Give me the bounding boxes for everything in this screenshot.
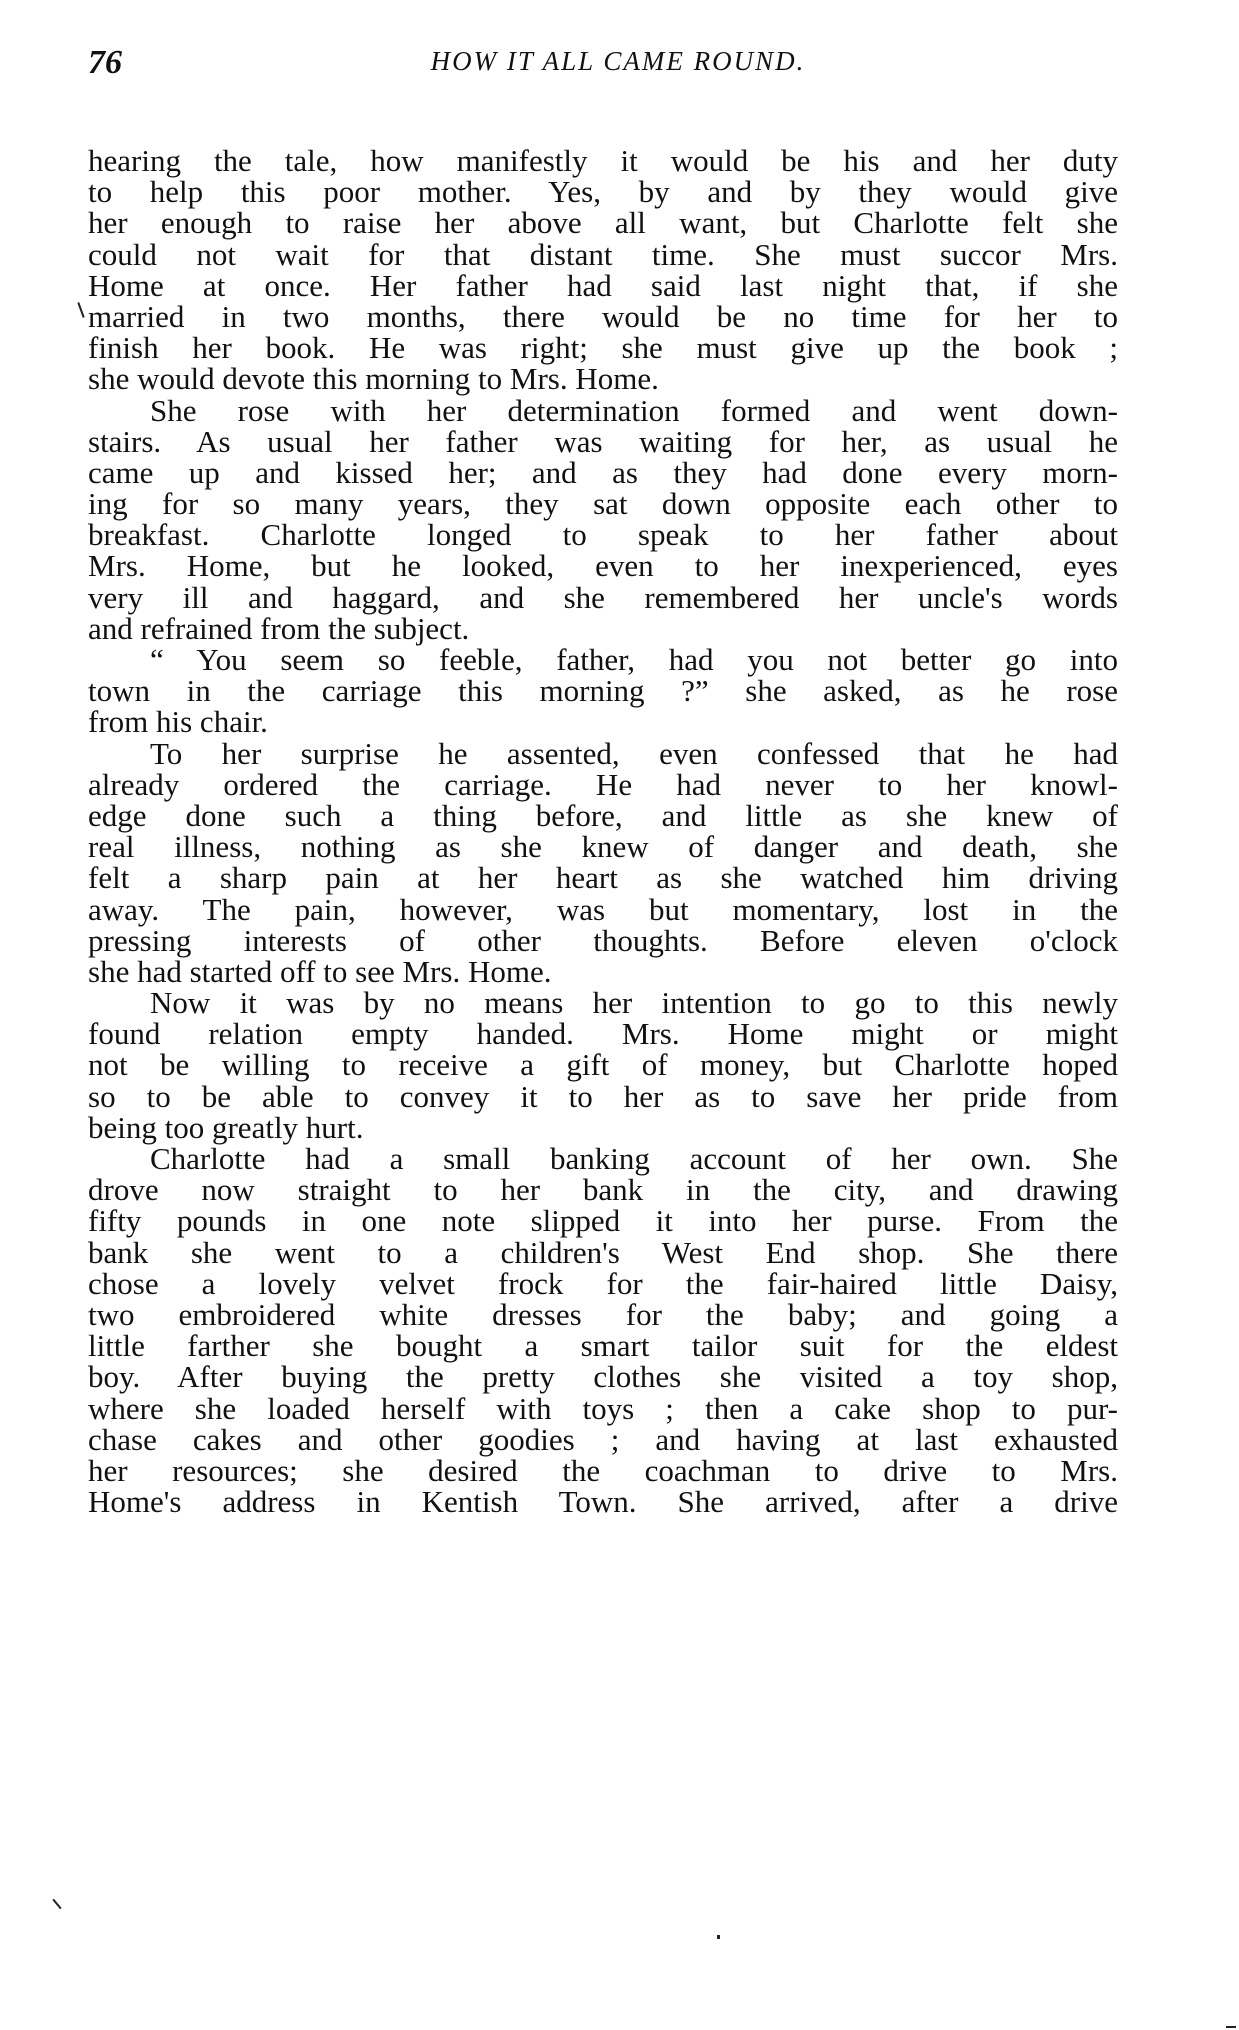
text-line: already ordered the carriage. He had nev… [88, 769, 1118, 800]
text-line: not be willing to receive a gift of mone… [88, 1049, 1118, 1080]
text-line: stairs. As usual her father was waiting … [88, 426, 1118, 457]
scan-speck [1226, 2026, 1236, 2028]
running-title: HOW IT ALL CAME ROUND. [88, 46, 1118, 77]
text-line: two embroidered white dresses for the ba… [88, 1299, 1118, 1330]
text-line: bank she went to a children's West End s… [88, 1237, 1118, 1268]
text-line: hearing the tale, how manifestly it woul… [88, 145, 1118, 176]
text-line: real illness, nothing as she knew of dan… [88, 831, 1118, 862]
text-line: Charlotte had a small banking account of… [88, 1143, 1118, 1174]
text-line: Now it was by no means her intention to … [88, 987, 1118, 1018]
text-line: boy. After buying the pretty clothes she… [88, 1361, 1118, 1392]
text-line: came up and kissed her; and as they had … [88, 457, 1118, 488]
paragraph: “ You seem so feeble, father, had you no… [88, 644, 1118, 738]
text-line: little farther she bought a smart tailor… [88, 1330, 1118, 1361]
text-line: her resources; she desired the coachman … [88, 1455, 1118, 1486]
text-line: To her surprise he assented, even confes… [88, 738, 1118, 769]
paragraph: Now it was by no means her intention to … [88, 987, 1118, 1143]
text-line: fifty pounds in one note slipped it into… [88, 1205, 1118, 1236]
text-line: chose a lovely velvet frock for the fair… [88, 1268, 1118, 1299]
text-line: away. The pain, however, was but momenta… [88, 894, 1118, 925]
text-line: and refrained from the subject. [88, 613, 1118, 644]
text-line: could not wait for that distant time. Sh… [88, 239, 1118, 270]
text-line: drove now straight to her bank in the ci… [88, 1174, 1118, 1205]
text-line: edge done such a thing before, and littl… [88, 800, 1118, 831]
text-line: pressing interests of other thoughts. Be… [88, 925, 1118, 956]
paragraph: To her surprise he assented, even confes… [88, 738, 1118, 988]
text-line: her enough to raise her above all want, … [88, 207, 1118, 238]
paragraph: She rose with her determination formed a… [88, 395, 1118, 645]
text-line: Mrs. Home, but he looked, even to her in… [88, 550, 1118, 581]
text-line: to help this poor mother. Yes, by and by… [88, 176, 1118, 207]
text-line: she would devote this morning to Mrs. Ho… [88, 363, 1118, 394]
text-line: breakfast. Charlotte longed to speak to … [88, 519, 1118, 550]
text-line: where she loaded herself with toys ; the… [88, 1393, 1118, 1424]
text-line: ing for so many years, they sat down opp… [88, 488, 1118, 519]
book-page: 76 HOW IT ALL CAME ROUND. hearing the ta… [0, 0, 1239, 2030]
text-line: being too greatly hurt. [88, 1112, 1118, 1143]
scan-speck [717, 1935, 720, 1939]
paragraph: Charlotte had a small banking account of… [88, 1143, 1118, 1517]
text-line: felt a sharp pain at her heart as she wa… [88, 862, 1118, 893]
body-text: hearing the tale, how manifestly it woul… [88, 145, 1118, 1517]
text-line: very ill and haggard, and she remembered… [88, 582, 1118, 613]
text-line: finish her book. He was right; she must … [88, 332, 1118, 363]
text-line: She rose with her determination formed a… [88, 395, 1118, 426]
text-line: town in the carriage this morning ?” she… [88, 675, 1118, 706]
scan-speck [77, 302, 84, 318]
text-line: Home at once. Her father had said last n… [88, 270, 1118, 301]
text-line: from his chair. [88, 706, 1118, 737]
text-line: chase cakes and other goodies ; and havi… [88, 1424, 1118, 1455]
text-line: so to be able to convey it to her as to … [88, 1081, 1118, 1112]
text-line: married in two months, there would be no… [88, 301, 1118, 332]
page-header: 76 HOW IT ALL CAME ROUND. [88, 44, 1118, 84]
text-line: “ You seem so feeble, father, had you no… [88, 644, 1118, 675]
text-line: found relation empty handed. Mrs. Home m… [88, 1018, 1118, 1049]
text-line: Home's address in Kentish Town. She arri… [88, 1486, 1118, 1517]
text-line: she had started off to see Mrs. Home. [88, 956, 1118, 987]
paragraph: hearing the tale, how manifestly it woul… [88, 145, 1118, 395]
scan-speck [52, 1899, 61, 1909]
